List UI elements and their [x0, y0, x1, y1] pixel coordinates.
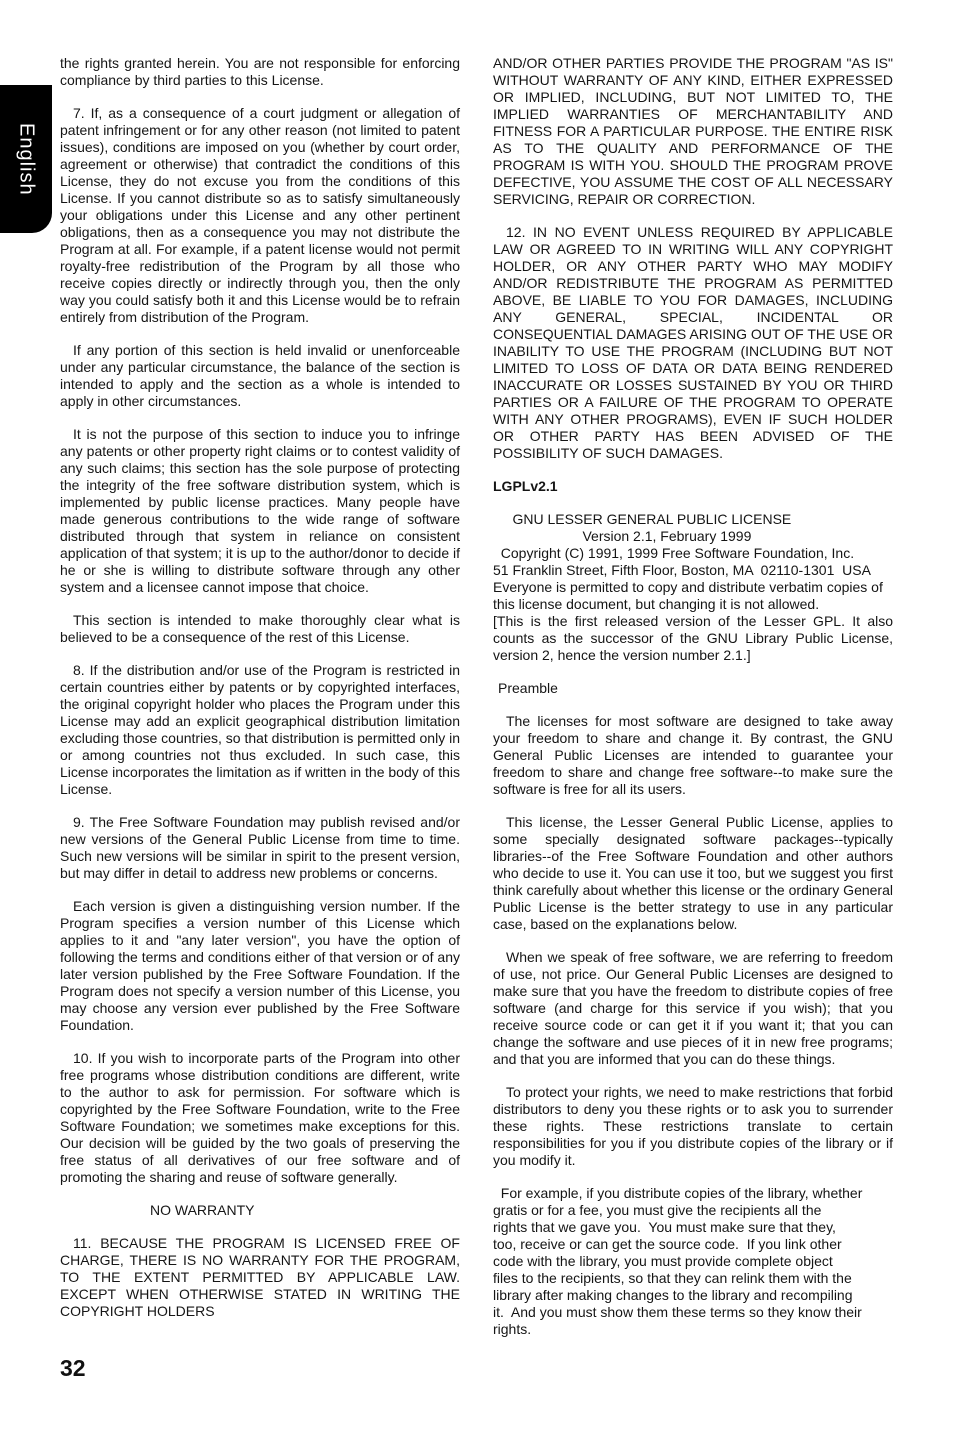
- gpl-section-10-paragraph: 10. If you wish to incorporate parts of …: [60, 1050, 460, 1186]
- license-text-columns: the rights granted herein. You are not r…: [60, 55, 896, 1354]
- gpl-section-12-paragraph: 12. IN NO EVENT UNLESS REQUIRED BY APPLI…: [493, 224, 893, 462]
- lgpl-licenses-freedom-paragraph: The licenses for most software are desig…: [493, 713, 893, 798]
- language-tab-label: English: [15, 123, 38, 196]
- lgpl-example-paragraph: For example, if you distribute copies of…: [493, 1185, 893, 1338]
- preamble-heading: Preamble: [493, 680, 893, 697]
- gpl-continuation-paragraph: the rights granted herein. You are not r…: [60, 55, 460, 89]
- gpl-section-8-paragraph: 8. If the distribution and/or use of the…: [60, 662, 460, 798]
- lgpl-first-release-note: [This is the first released version of t…: [493, 613, 893, 664]
- manual-license-page: English the rights granted herein. You a…: [0, 0, 954, 1432]
- lgpl-heading: LGPLv2.1: [493, 478, 893, 495]
- lgpl-this-license-paragraph: This license, the Lesser General Public …: [493, 814, 893, 933]
- left-column: the rights granted herein. You are not r…: [60, 55, 460, 1354]
- no-warranty-heading: NO WARRANTY: [60, 1202, 460, 1219]
- page-number: 32: [60, 1355, 86, 1382]
- lgpl-license-header-block: GNU LESSER GENERAL PUBLIC LICENSE Versio…: [493, 511, 893, 613]
- right-column: AND/OR OTHER PARTIES PROVIDE THE PROGRAM…: [493, 55, 893, 1354]
- gpl-section-11-paragraph: 11. BECAUSE THE PROGRAM IS LICENSED FREE…: [60, 1235, 460, 1320]
- language-tab: English: [0, 85, 52, 233]
- gpl-each-version-paragraph: Each version is given a distinguishing v…: [60, 898, 460, 1034]
- lgpl-free-software-paragraph: When we speak of free software, we are r…: [493, 949, 893, 1068]
- gpl-invalid-portion-paragraph: If any portion of this section is held i…: [60, 342, 460, 410]
- gpl-section-9-paragraph: 9. The Free Software Foundation may publ…: [60, 814, 460, 882]
- gpl-section-7-paragraph: 7. If, as a consequence of a court judgm…: [60, 105, 460, 326]
- lgpl-protect-rights-paragraph: To protect your rights, we need to make …: [493, 1084, 893, 1169]
- gpl-purpose-paragraph: It is not the purpose of this section to…: [60, 426, 460, 596]
- gpl-thoroughly-clear-paragraph: This section is intended to make thoroug…: [60, 612, 460, 646]
- gpl-warranty-continuation-paragraph: AND/OR OTHER PARTIES PROVIDE THE PROGRAM…: [493, 55, 893, 208]
